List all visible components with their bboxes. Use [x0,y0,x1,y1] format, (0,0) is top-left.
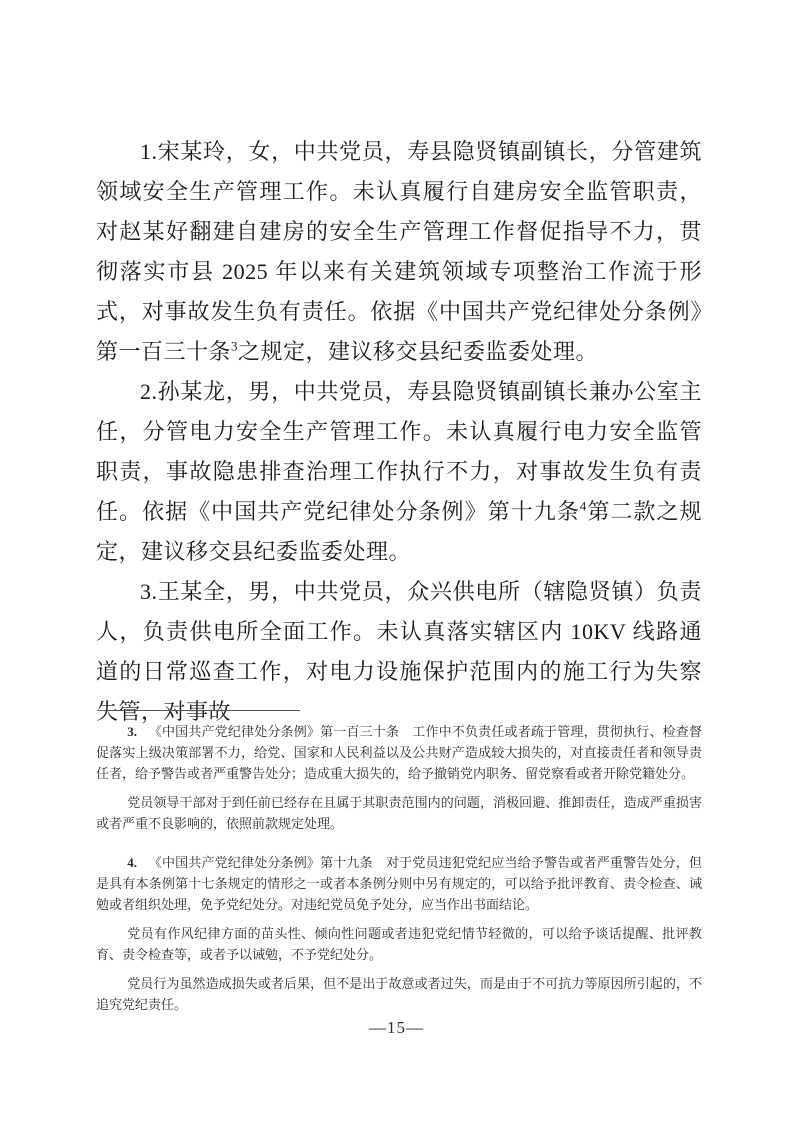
footnote-4-para-1: 4.《中国共产党纪律处分条例》第十九条 对于党员违犯党纪应当给予警告或者严重警告… [96,852,702,915]
footnote-3-para-2: 党员领导干部对于到任前已经存在且属于其职责范围内的问题，消极回避、推卸责任，造成… [96,792,702,834]
paragraph-1: 1.宋某玲，女，中共党员，寿县隐贤镇副镇长，分管建筑领域安全生产管理工作。未认真… [96,132,702,372]
footnote-4-text-1: 《中国共产党纪律处分条例》第十九条 对于党员违犯党纪应当给予警告或者严重警告处分… [96,855,702,912]
paragraph-1-text: 1.宋某玲，女，中共党员，寿县隐贤镇副镇长，分管建筑领域安全生产管理工作。未认真… [96,139,702,364]
footnote-ref-3: 3 [231,339,238,354]
footnote-3-text-1: 《中国共产党纪律处分条例》第一百三十条 工作中不负责任或者疏于管理，贯彻执行、检… [96,724,702,781]
document-body: 1.宋某玲，女，中共党员，寿县隐贤镇副镇长，分管建筑领域安全生产管理工作。未认真… [96,132,702,732]
footnote-3-para-1: 3.《中国共产党纪律处分条例》第一百三十条 工作中不负责任或者疏于管理，贯彻执行… [96,721,702,784]
footnote-4-para-2: 党员有作风纪律方面的苗头性、倾向性问题或者违犯党纪情节轻微的，可以给予谈话提醒、… [96,923,702,965]
paragraph-1-text-cont: 之规定，建议移交县纪委监委处理。 [238,339,598,364]
paragraph-3: 3.王某全，男，中共党员，众兴供电所（辖隐贤镇）负责人，负责供电所全面工作。未认… [96,572,702,732]
footnote-ref-4: 4 [580,499,587,514]
footnotes-section: 3.《中国共产党纪律处分条例》第一百三十条 工作中不负责任或者疏于管理，贯彻执行… [96,710,702,1033]
footnote-3-marker: 3. [127,724,137,739]
footnote-4-para-3: 党员行为虽然造成损失或者后果，但不是出于故意或者过失，而是由于不可抗力等原因所引… [96,973,702,1015]
footnote-4: 4.《中国共产党纪律处分条例》第十九条 对于党员违犯党纪应当给予警告或者严重警告… [96,852,702,1015]
footnote-separator [104,710,300,711]
page-number: —15— [0,1018,793,1038]
paragraph-2: 2.孙某龙，男，中共党员，寿县隐贤镇副镇长兼办公室主任，分管电力安全生产管理工作… [96,372,702,572]
footnote-3: 3.《中国共产党纪律处分条例》第一百三十条 工作中不负责任或者疏于管理，贯彻执行… [96,721,702,834]
footnote-4-marker: 4. [127,855,137,870]
document-page: 1.宋某玲，女，中共党员，寿县隐贤镇副镇长，分管建筑领域安全生产管理工作。未认真… [0,0,793,1122]
